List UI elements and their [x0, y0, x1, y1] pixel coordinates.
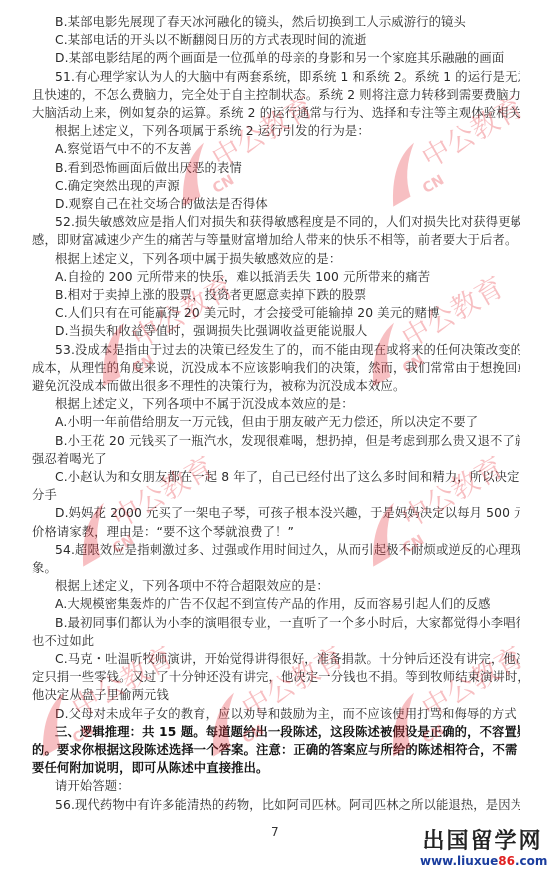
text-line: 53.没成本是指由于过去的决策已经发生了的，而不能由现在或将来的任何决策改变的: [55, 342, 520, 358]
site-logo[interactable]: 出国留学网 www.liuxue86.com: [420, 830, 545, 868]
text-line: 根据上述定义，下列各项中不符合超限效应的是：: [55, 578, 520, 594]
text-line: 分手: [32, 487, 520, 503]
text-line: 要任何附加说明，即可从陈述中直接推出。: [32, 760, 520, 776]
text-line: C.小赵认为和女朋友都在一起 8 年了，自己已经付出了这么多时间和精力，所以决定…: [55, 469, 520, 485]
text-line: B.某部电影先展现了春天冰河融化的镜头，然后切换到工人示威游行的镜头: [55, 14, 520, 30]
text-line: C.确定突然出现的声源: [55, 178, 520, 194]
text-line: A.大规模密集轰炸的广告不仅起不到宣传产品的作用，反而容易引起人们的反感: [55, 596, 520, 612]
document-page: B.某部电影先展现了春天冰河融化的镜头，然后切换到工人示威游行的镜头C.某部电话…: [0, 0, 550, 870]
text-line: 请开始答题：: [55, 778, 520, 794]
text-line: 强忍着喝光了: [32, 451, 520, 467]
text-line: A.察觉语气中不的不友善: [55, 141, 520, 157]
text-line: D.当损失和收益等值时，强调损失比强调收益更能说服人: [55, 323, 520, 339]
text-line: D.父母对未成年子女的教育，应以劝导和鼓励为主，而不应该使用打骂和侮辱的方式: [55, 706, 520, 722]
site-logo-url[interactable]: www.liuxue86.com: [420, 854, 545, 868]
text-line: A.小明一年前借给朋友一万元钱，但由于朋友破产无力偿还，所以决定不要了: [55, 414, 520, 430]
text-line: 的。要求你根据这段陈述选择一个答案。注意：正确的答案应与所给的陈述相符合，不需: [32, 742, 520, 758]
text-line: 成本，从理性的角度来说，沉没成本不应该影响我们的决策，然而，我们常常由于想挽回或: [32, 360, 520, 376]
text-line: 感，即财富减速少产生的痛苦与等量财富增加给人带来的快乐不相等，前者要大于后者。: [32, 232, 520, 248]
text-line: 价格请家教，理由是：“要不这个琴就浪费了！”: [32, 524, 520, 540]
text-line: 根据上述定义，下列各项中属于损失敏感效应的是：: [55, 251, 520, 267]
page-number: 7: [271, 825, 279, 839]
text-line: B.相对于卖掉上涨的股票，投资者更愿意卖掉下跌的股票: [55, 287, 520, 303]
text-line: 定只捐一些零钱。又过了十分钟还没有讲完，他决定一分钱也不捐。等到牧师结束演讲时，: [32, 669, 520, 685]
text-line: 三、逻辑推理：共 15 题。每道题给出一段陈述，这段陈述被假设是正确的，不容置疑: [55, 724, 520, 740]
text-line: 避免沉没成本而做出很多不理性的决策行为，被称为沉没成本效应。: [32, 378, 520, 394]
text-line: 56.现代药物中有许多能清热的药物，比如阿司匹林。阿司匹林之所以能退热，是因为: [55, 797, 520, 813]
text-line: 51.有心理学家认为人的大脑中有两套系统，即系统 1 和系统 2。系统 1 的运…: [55, 69, 520, 85]
text-line: B.看到恐怖画面后做出厌恶的表情: [55, 160, 520, 176]
text-line: D.观察自己在社交场合的做法是否得体: [55, 196, 520, 212]
text-line: C.人们只有在可能赢得 20 美元时，才会接受可能输掉 20 美元的赌博: [55, 305, 520, 321]
text-line: 也不过如此: [32, 633, 520, 649]
text-line: D.妈妈花 2000 元买了一架电子琴，可孩子根本没兴趣，于是妈妈决定以每月 5…: [55, 505, 520, 521]
site-logo-title: 出国留学网: [420, 830, 545, 854]
text-line: D.某部电影结尾的两个画面是一位孤单的母亲的身影和另一个家庭其乐融融的画面: [55, 50, 520, 66]
text-line: 大脑活动上来，例如复杂的运算。系统 2 的运行通常与行为、选择和专注等主观体验相…: [32, 105, 520, 121]
text-line: A.自捡的 200 元所带来的快乐，难以抵消丢失 100 元所带来的痛苦: [55, 269, 520, 285]
text-line: 且快速的，不怎么费脑力，完全处于自主控制状态。系统 2 则将注意力转移到需要费脑…: [32, 87, 520, 103]
text-line: B.最初同事们都认为小李的演唱很专业，一直听了一个多小时后，大家都觉得小李唱得: [55, 615, 520, 631]
text-line: 根据上述定义，下列各项属于系统 2 运行引发的行为是：: [55, 123, 520, 139]
text-line: 他决定从盘子里偷两元钱: [32, 687, 520, 703]
text-line: 象。: [32, 560, 520, 576]
text-line: 根据上述定义，下列各项中不属于沉没成本效应的是：: [55, 396, 520, 412]
text-line: B.小王花 20 元钱买了一瓶汽水，发现很难喝，想扔掉，但是考虑到那么贵又退不了…: [55, 433, 520, 449]
text-line: C.某部电话的开头以不断翻阅日历的方式表现时间的流逝: [55, 32, 520, 48]
text-line: 54.超限效应是指刺激过多、过强或作用时间过久，从而引起极不耐烦或逆反的心理现: [55, 542, 520, 558]
text-line: C.马克・吐温听牧师演讲，开始觉得讲得很好，准备捐款。十分钟后还没有讲完，他决: [55, 651, 520, 667]
text-line: 52.损失敏感效应是指人们对损失和获得敏感程度是不同的，人们对损失比对获得更敏: [55, 214, 520, 230]
